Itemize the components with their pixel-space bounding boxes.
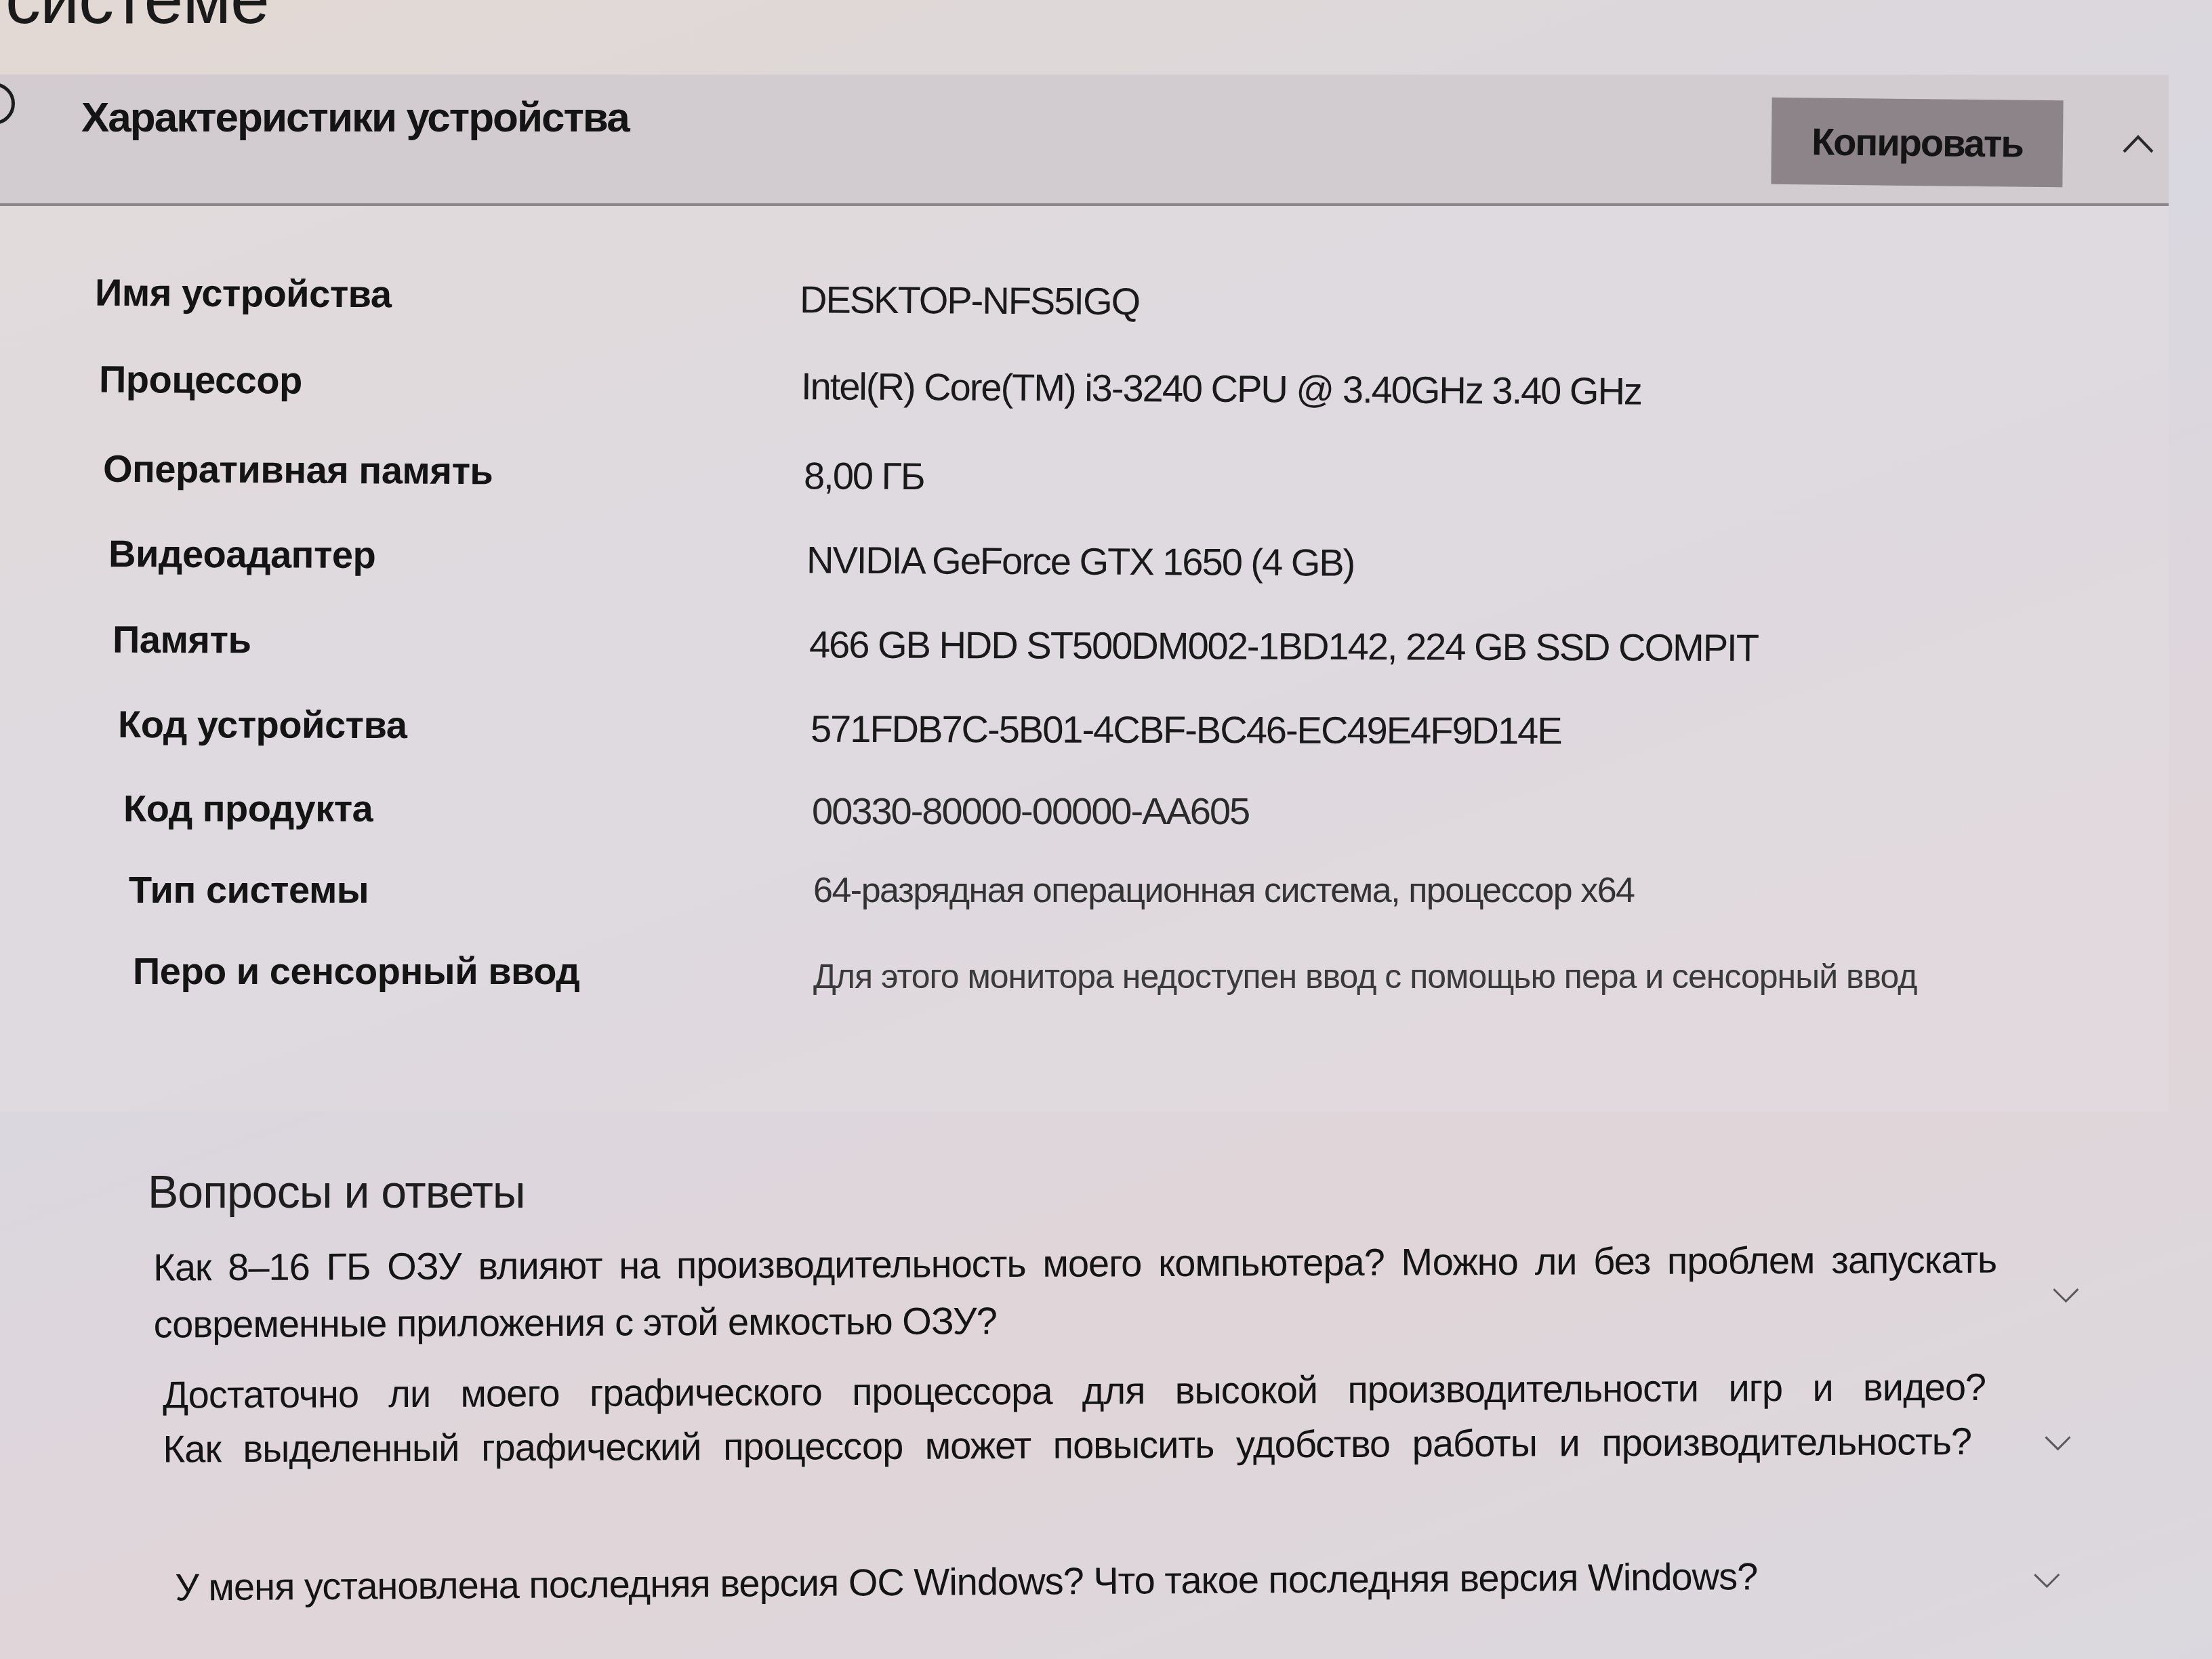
qa-question: У меня установлена последняя версия ОС W… — [175, 1547, 2005, 1616]
spec-row-product-id: Код продукта 00330-80000-00000-AA605 — [123, 786, 2156, 847]
spec-value[interactable]: 64-разрядная операционная система, проце… — [813, 870, 1634, 911]
copy-button[interactable]: Копировать — [1771, 98, 2063, 187]
spec-label: Оперативная память — [103, 447, 493, 493]
chevron-down-icon[interactable] — [2032, 1570, 2062, 1591]
spec-label: Память — [112, 617, 251, 662]
device-specs-header[interactable]: i Характеристики устройства Копировать — [0, 75, 2169, 206]
chevron-down-icon[interactable] — [2043, 1433, 2072, 1453]
qa-heading: Вопросы и ответы — [148, 1166, 525, 1218]
qa-item-windows-version[interactable]: У меня установлена последняя версия ОС W… — [175, 1545, 2208, 1559]
spec-label: Код устройства — [118, 702, 407, 747]
spec-value[interactable]: NVIDIA GeForce GTX 1650 (4 GB) — [806, 538, 1355, 585]
spec-label: Видеоадаптер — [108, 531, 376, 577]
spec-label: Код продукта — [123, 786, 373, 830]
spec-value[interactable]: 466 GB HDD ST500DM002-1BD142, 224 GB SSD… — [809, 622, 1758, 670]
spec-value[interactable]: Для этого монитора недоступен ввод с пом… — [813, 951, 2033, 1002]
spec-value[interactable]: 00330-80000-00000-AA605 — [812, 789, 1249, 833]
spec-label: Имя устройства — [95, 270, 392, 316]
qa-question: Достаточно ли моего графического процесс… — [163, 1360, 1986, 1477]
spec-row-device-name: Имя устройства DESKTOP-NFS5IGQ — [95, 270, 2128, 344]
qa-item-gpu[interactable]: Достаточно ли моего графического процесс… — [163, 1359, 2196, 1368]
spec-row-processor: Процессор Intel(R) Core(TM) i3-3240 CPU … — [99, 357, 2132, 430]
spec-row-ram: Оперативная память 8,00 ГБ — [103, 447, 2136, 520]
info-icon: i — [0, 83, 15, 125]
spec-row-video-adapter: Видеоадаптер NVIDIA GeForce GTX 1650 (4 … — [108, 531, 2142, 603]
spec-value[interactable]: Intel(R) Core(TM) i3-3240 CPU @ 3.40GHz … — [801, 364, 1641, 413]
spec-row-storage: Память 466 GB HDD ST500DM002-1BD142, 224… — [112, 617, 2146, 685]
spec-row-system-type: Тип системы 64-разрядная операционная си… — [129, 867, 2162, 928]
settings-about-page: системе i Характеристики устройства Копи… — [0, 0, 2212, 1659]
spec-value[interactable]: DESKTOP-NFS5IGQ — [800, 277, 1139, 323]
spec-label: Тип системы — [129, 867, 369, 912]
chevron-down-icon[interactable] — [2051, 1285, 2081, 1305]
spec-label: Процессор — [99, 357, 302, 403]
chevron-up-icon[interactable] — [2121, 129, 2155, 163]
spec-row-pen-touch: Перо и сенсорный ввод Для этого монитора… — [133, 949, 2166, 1057]
qa-item-ram[interactable]: Как 8–16 ГБ ОЗУ влияют на производительн… — [153, 1230, 2186, 1239]
device-specs-title: Характеристики устройства — [81, 94, 629, 142]
spec-value[interactable]: 8,00 ГБ — [804, 453, 924, 498]
spec-row-device-id: Код устройства 571FDB7C-5B01-4CBF-BC46-E… — [118, 702, 2151, 769]
spec-value[interactable]: 571FDB7C-5B01-4CBF-BC46-EC49E4F9D14E — [811, 707, 1561, 753]
page-title: системе — [5, 0, 269, 40]
qa-question: Как 8–16 ГБ ОЗУ влияют на производительн… — [153, 1231, 1997, 1353]
spec-label: Перо и сенсорный ввод — [133, 949, 579, 993]
